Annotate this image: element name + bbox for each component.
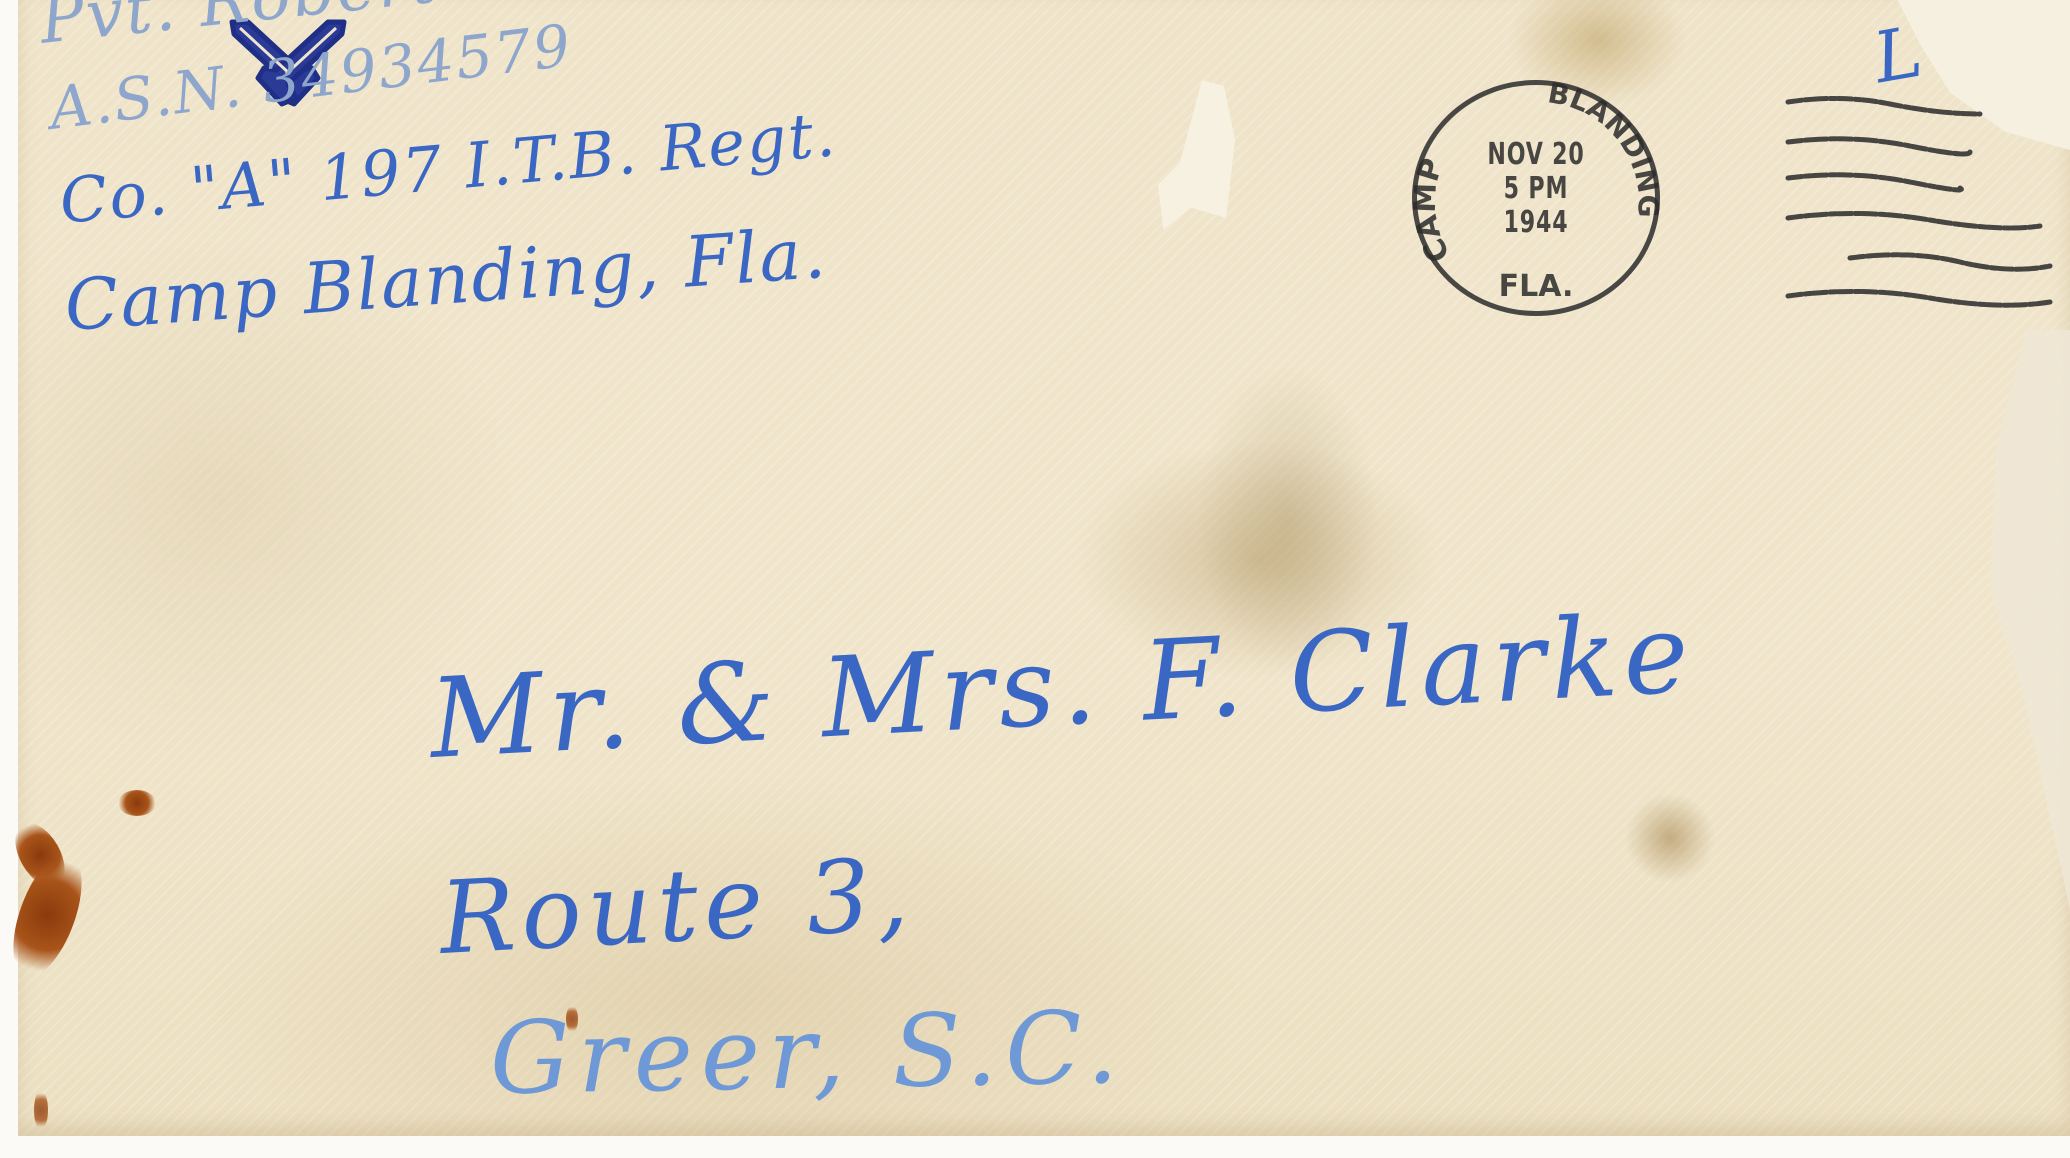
torn-paper-patch (1158, 80, 1268, 230)
torn-right-edge (1990, 330, 2070, 910)
postmark-state: FLA. (1412, 269, 1660, 304)
recipient-line-3: Greer, S.C. (489, 989, 1127, 1117)
postmark-date: NOV 20 (1434, 138, 1637, 172)
postmark: CAMP BLANDING NOV 20 5 PM 1944 FLA. (1412, 80, 1660, 316)
postmark-year: 1944 (1434, 206, 1637, 240)
recipient-line-2: Route 3, (437, 835, 917, 977)
postmark-time: 5 PM (1434, 172, 1637, 206)
postmark-center: NOV 20 5 PM 1944 (1434, 138, 1637, 240)
rust-stain (0, 845, 96, 986)
rust-stain (34, 1090, 48, 1130)
rust-stain (118, 790, 156, 816)
cancellation-lines (1780, 90, 2070, 310)
